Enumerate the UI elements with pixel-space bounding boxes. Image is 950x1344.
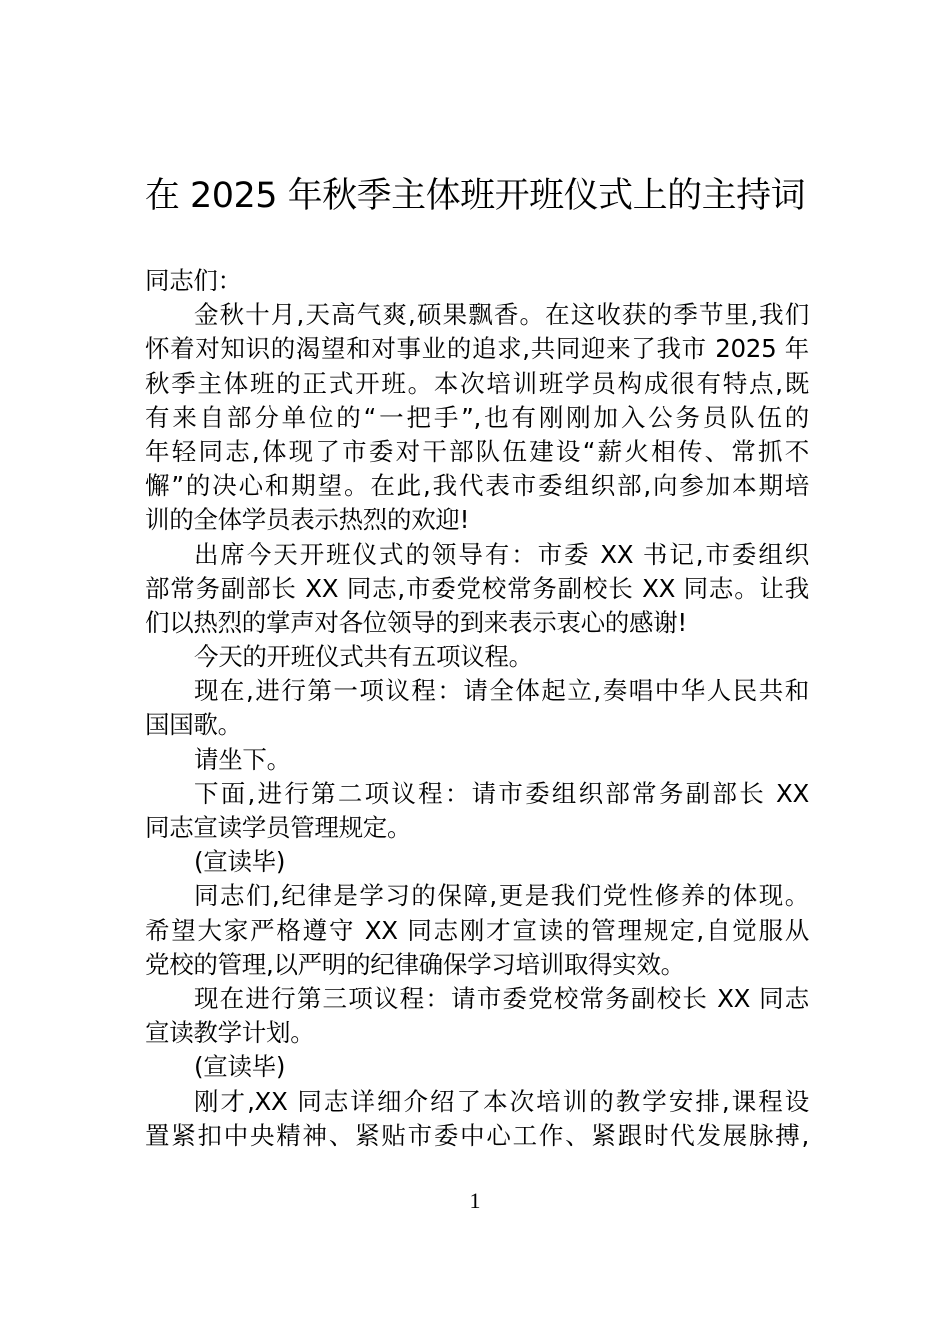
paragraph-line: 现在,进行第一项议程：请全体起立,奏唱中华人民共和 <box>145 674 809 708</box>
paragraph-line: 年轻同志,体现了市委对干部队伍建设“薪火相传、常抓不 <box>145 435 809 469</box>
paragraph-line: 同志宣读学员管理规定。 <box>145 811 809 845</box>
page-number: 1 <box>0 1188 950 1214</box>
document-body: 同志们： 金秋十月,天高气爽,硕果飘香。在这收获的季节里,我们怀着对知识的渴望和… <box>145 264 809 1153</box>
paragraph-line: 今天的开班仪式共有五项议程。 <box>145 640 809 674</box>
paragraph-line: 宣读教学计划。 <box>145 1016 809 1050</box>
paragraph-line: (宣读毕) <box>145 845 809 879</box>
paragraph-line: 们以热烈的掌声对各位领导的到来表示衷心的感谢! <box>145 606 809 640</box>
paragraph-line: 请坐下。 <box>145 743 809 777</box>
salutation: 同志们： <box>145 264 809 298</box>
paragraph-line: (宣读毕) <box>145 1050 809 1084</box>
paragraph-line: 国国歌。 <box>145 708 809 742</box>
paragraph-line: 希望大家严格遵守 XX 同志刚才宣读的管理规定,自觉服从 <box>145 914 809 948</box>
paragraph-line: 同志们,纪律是学习的保障,更是我们党性修养的体现。 <box>145 879 809 913</box>
paragraph-line: 刚才,XX 同志详细介绍了本次培训的教学安排,课程设 <box>145 1085 809 1119</box>
paragraph-line: 懈”的决心和期望。在此,我代表市委组织部,向参加本期培 <box>145 469 809 503</box>
document-title: 在 2025 年秋季主体班开班仪式上的主持词 <box>0 172 950 220</box>
document-page: 在 2025 年秋季主体班开班仪式上的主持词 同志们： 金秋十月,天高气爽,硕果… <box>0 0 950 1344</box>
paragraph-line: 党校的管理,以严明的纪律确保学习培训取得实效。 <box>145 948 809 982</box>
paragraph-line: 置紧扣中央精神、紧贴市委中心工作、紧跟时代发展脉搏, <box>145 1119 809 1153</box>
paragraph-line: 下面,进行第二项议程：请市委组织部常务副部长 XX <box>145 777 809 811</box>
paragraph-line: 有来自部分单位的“一把手”,也有刚刚加入公务员队伍的 <box>145 401 809 435</box>
paragraph-line: 秋季主体班的正式开班。本次培训班学员构成很有特点,既 <box>145 367 809 401</box>
paragraph-line: 怀着对知识的渴望和对事业的追求,共同迎来了我市 2025 年 <box>145 332 809 366</box>
paragraph-line: 金秋十月,天高气爽,硕果飘香。在这收获的季节里,我们 <box>145 298 809 332</box>
paragraph-line: 训的全体学员表示热烈的欢迎! <box>145 503 809 537</box>
paragraph-line: 现在进行第三项议程：请市委党校常务副校长 XX 同志 <box>145 982 809 1016</box>
paragraph-line: 部常务副部长 XX 同志,市委党校常务副校长 XX 同志。让我 <box>145 572 809 606</box>
paragraph-line: 出席今天开班仪式的领导有：市委 XX 书记,市委组织 <box>145 538 809 572</box>
